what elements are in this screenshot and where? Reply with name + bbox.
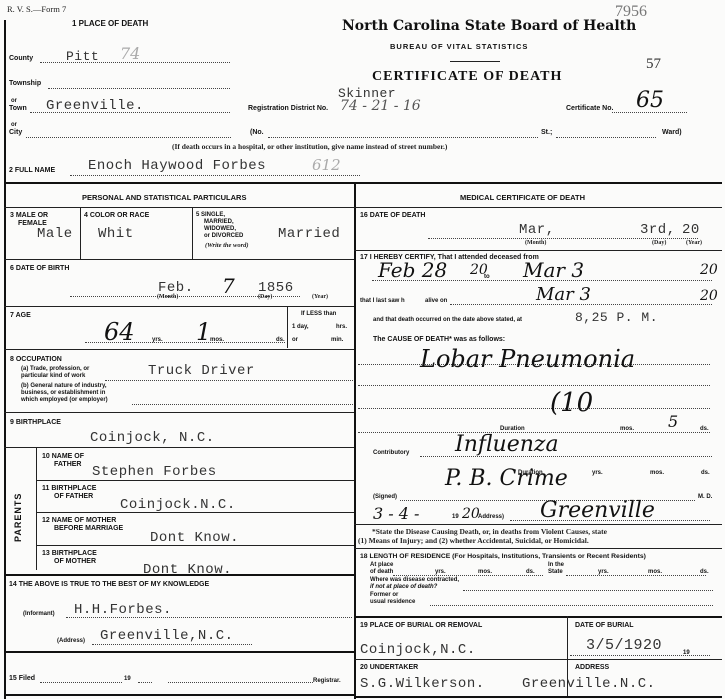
divider: [4, 651, 354, 653]
dod-month-caption: (Month): [525, 240, 546, 246]
divider: [80, 207, 81, 259]
informant-address-label: (Address): [57, 638, 85, 645]
full-name-value: Enoch Haywood Forbes: [88, 158, 266, 174]
registrar-line: [168, 682, 313, 683]
certificate-no-value: 65: [636, 88, 664, 113]
duration2-mos: mos.: [650, 470, 664, 477]
street-line: [556, 137, 656, 138]
father-name-value: Stephen Forbes: [92, 464, 217, 480]
city-or-label: or: [11, 122, 17, 129]
death-time-label: and that death occurred on the date abov…: [373, 317, 522, 324]
city-line: [26, 137, 231, 138]
divider: [354, 250, 722, 251]
undertaker-address-value: Greenville.N.C.: [522, 676, 656, 692]
where-contracted-line: [463, 590, 713, 591]
in-state-label-1: In the: [548, 562, 564, 569]
hrs-caption: hrs.: [336, 324, 347, 331]
filed-date-line: [40, 682, 122, 683]
signed-label: (Signed): [373, 494, 397, 501]
marital-value: Married: [278, 226, 340, 242]
city-label: City: [9, 129, 22, 137]
burial-date-label: DATE OF BURIAL: [575, 622, 634, 630]
death-certificate: R. V. S.—Form 7 1 PLACE OF DEATH North C…: [0, 0, 725, 699]
divider: [36, 480, 354, 481]
marital-label-3: WIDOWED,: [204, 226, 236, 233]
birthplace-value: Coinjock, N.C.: [90, 430, 215, 446]
divider: [36, 512, 354, 513]
father-bp-label-2: OF FATHER: [54, 493, 93, 501]
attended-to: Mar 3: [523, 258, 584, 282]
at-place-line: [393, 575, 543, 576]
md-label: M. D.: [698, 494, 712, 501]
mos-caption: mos.: [210, 337, 224, 344]
occ-a-label-2: particular kind of work: [21, 373, 85, 380]
yrs-caption: yrs.: [152, 337, 163, 344]
duration-days: 5: [668, 412, 678, 431]
mother-name-label-1: 12 NAME OF MOTHER: [42, 517, 116, 525]
undertaker-label: 20 UNDERTAKER: [360, 664, 418, 672]
cause-line-3: [358, 408, 710, 409]
divider: [4, 412, 354, 413]
dob-year-caption: (Year): [312, 294, 328, 300]
street-no-label: (No.: [250, 129, 264, 137]
doctor-address-value: Greenville: [540, 498, 655, 523]
race-value: Whit: [98, 226, 134, 242]
divider: [354, 207, 722, 208]
town-label: Town: [9, 105, 27, 113]
signed-value: P. B. Crime: [445, 466, 568, 491]
divider: [4, 349, 354, 350]
divider: [4, 306, 354, 307]
in-state-label-2: State: [548, 569, 563, 576]
name-divider: [4, 182, 722, 184]
mother-name-label-2: BEFORE MARRIAGE: [54, 525, 123, 533]
at-place-mos: mos.: [478, 569, 492, 576]
marital-hint: (Write the word): [205, 242, 249, 249]
burial-place-label: 19 PLACE OF BURIAL OR REMOVAL: [360, 622, 482, 630]
undertaker-value: S.G.Wilkerson.: [360, 676, 485, 692]
divider: [287, 306, 288, 348]
full-name-line: [70, 175, 360, 176]
reg-district-value: 74 - 21 - 16: [340, 98, 421, 114]
informant-address-line: [92, 644, 252, 645]
occ-a-value: Truck Driver: [148, 363, 255, 379]
town-value: Greenville.: [46, 98, 144, 114]
or-caption: or: [292, 337, 298, 344]
marital-label-4: or DIVORCED: [204, 233, 243, 240]
divider: [192, 207, 193, 259]
parents-divider: [36, 447, 37, 570]
marital-label-1: 5 SINGLE,: [196, 212, 225, 219]
cause-code: (10: [550, 388, 593, 418]
former-residence-line: [430, 605, 713, 606]
dob-month-caption: (Month): [157, 294, 178, 300]
in-state-yrs: yrs.: [598, 569, 609, 576]
title-divider: [450, 61, 500, 62]
last-saw-label: that I last saw h: [360, 298, 405, 305]
at-place-label-2: of death: [370, 569, 393, 576]
street-no-line: [268, 137, 538, 138]
dob-label: 6 DATE OF BIRTH: [10, 265, 69, 273]
last-saw-year: 20: [700, 288, 718, 304]
duration2-yrs: yrs.: [592, 470, 603, 477]
informant-address-value: Greenville,N.C.: [100, 628, 234, 644]
occ-a-label-1: (a) Trade, profession, or: [21, 366, 89, 373]
age-label: 7 AGE: [10, 312, 31, 320]
divider: [36, 545, 354, 546]
father-name-label-2: FATHER: [54, 461, 81, 469]
contributory-label: Contributory: [373, 450, 409, 457]
burial-place-value: Coinjock,N.C.: [360, 642, 476, 658]
signed-date: 3 - 4 -: [373, 504, 419, 523]
ds-caption: ds.: [276, 337, 285, 344]
birthplace-label: 9 BIRTHPLACE: [10, 419, 61, 427]
medical-section-title: MEDICAL CERTIFICATE OF DEATH: [460, 194, 585, 202]
burial-date-value: 3/5/1920: [586, 637, 662, 654]
occ-b-line: [132, 404, 353, 405]
cause-line-2: [358, 385, 710, 386]
state-board-title: North Carolina State Board of Health: [342, 18, 636, 34]
parents-side-label: PARENTS: [13, 493, 23, 542]
cause-primary: Lobar Pneumonia: [420, 345, 635, 373]
hospital-note: (If death occurs in a hospital, or other…: [172, 142, 447, 151]
last-saw-date: Mar 3: [536, 284, 591, 305]
divider: [354, 696, 722, 698]
filed-label: 15 Filed: [9, 675, 35, 683]
min-caption: min.: [331, 337, 343, 344]
father-bp-value: Coinjock.N.C.: [120, 497, 236, 513]
town-or-label: or: [11, 98, 17, 105]
place-of-death-label: 1 PLACE OF DEATH: [72, 20, 148, 28]
sex-value: Male: [37, 226, 73, 242]
registrar-label: Registrar.: [313, 678, 341, 685]
father-name-label-1: 10 NAME OF: [42, 453, 84, 461]
left-border: [4, 20, 6, 699]
footnote-line-1: *State the Disease Causing Death, or, in…: [372, 527, 607, 536]
column-divider: [354, 184, 356, 699]
dod-label: 16 DATE OF DEATH: [360, 212, 425, 220]
mother-bp-label-2: OF MOTHER: [54, 558, 96, 566]
former-residence-label-2: usual residence: [370, 599, 415, 606]
township-label: Township: [9, 80, 41, 88]
divider: [354, 616, 722, 618]
personal-section-title: PERSONAL AND STATISTICAL PARTICULARS: [82, 194, 246, 202]
signed-year-prefix: 19: [452, 514, 459, 521]
divider: [4, 447, 354, 448]
at-place-label-1: At place: [370, 562, 393, 569]
dob-day: 7: [222, 274, 235, 298]
divider: [354, 548, 722, 549]
one-day-label: 1 day,: [292, 324, 309, 331]
occ-b-label-2: business, or establishment in: [21, 390, 105, 397]
burial-date-suffix: 19: [683, 650, 690, 657]
certificate-title: CERTIFICATE OF DEATH: [372, 69, 562, 85]
sex-label-1: 3 MALE OR: [10, 212, 48, 220]
cause-label: The CAUSE OF DEATH* was as follows:: [373, 336, 505, 344]
dod-line: [428, 238, 698, 239]
former-residence-label-1: Former or: [370, 592, 398, 599]
where-contracted-label-1: Where was disease contracted,: [370, 577, 459, 584]
alive-on-label: alive on: [425, 298, 447, 305]
age-years: 64: [104, 318, 135, 346]
form-id: R. V. S.—Form 7: [7, 4, 66, 14]
at-place-yrs: yrs.: [435, 569, 446, 576]
informant-label: (Informant): [23, 611, 55, 618]
divider: [4, 574, 354, 576]
in-state-mos: mos.: [648, 569, 662, 576]
divider: [354, 659, 722, 660]
duration-mos: mos.: [620, 426, 634, 433]
age-months: 1: [196, 318, 211, 346]
occ-a-line: [105, 380, 353, 381]
in-state-ds: ds.: [700, 569, 709, 576]
divider: [4, 259, 354, 260]
street-label: St.;: [541, 129, 552, 137]
informant-section-label: 14 THE ABOVE IS TRUE TO THE BEST OF MY K…: [9, 581, 209, 589]
residence-label: 18 LENGTH OF RESIDENCE (For Hospitals, I…: [360, 553, 646, 561]
dod-month: Mar,: [519, 222, 555, 238]
in-state-line: [566, 575, 706, 576]
divider: [354, 524, 722, 525]
contributory-value: Influenza: [455, 432, 559, 457]
ward-label: Ward): [662, 129, 682, 137]
where-contracted-label-2: if not at place of death?: [370, 584, 437, 591]
bureau-label: BUREAU OF VITAL STATISTICS: [390, 42, 528, 51]
marital-label-2: MARRIED,: [204, 219, 234, 226]
filed-year-prefix: 19: [124, 676, 131, 683]
informant-value: H.H.Forbes.: [74, 602, 172, 618]
occ-b-label-1: (b) General nature of industry,: [21, 383, 107, 390]
dob-day-caption: (Day): [258, 294, 272, 300]
county-value: Pitt: [66, 49, 99, 64]
race-label: 4 COLOR OR RACE: [84, 212, 149, 220]
reg-district-label: Registration District No.: [248, 105, 328, 113]
county-pencil-note: 74: [120, 44, 140, 63]
undertaker-address-label: ADDRESS: [575, 664, 609, 672]
divider: [4, 207, 354, 208]
attended-from: Feb 28: [378, 258, 447, 282]
certificate-no-label: Certificate No.: [566, 105, 613, 113]
file-number: 57: [646, 56, 661, 73]
filed-year-line: [138, 682, 152, 683]
dod-day-caption: (Day): [652, 240, 666, 246]
footnote-line-2: (1) Means of Injury; and (2) whether Acc…: [358, 536, 589, 545]
county-label: County: [9, 55, 33, 63]
father-bp-label-1: 11 BIRTHPLACE: [42, 485, 96, 493]
occ-b-label-3: which employed (or employer): [21, 397, 108, 404]
death-time-value: 8,25 P. M.: [575, 310, 658, 325]
occupation-label: 8 OCCUPATION: [10, 356, 62, 364]
attended-to-year: 20: [700, 262, 718, 278]
less-than-label: If LESS than: [301, 311, 336, 318]
mother-bp-label-1: 13 BIRTHPLACE: [42, 550, 97, 558]
full-name-pencil: 612: [312, 156, 341, 174]
dod-day: 3rd,: [640, 222, 676, 238]
to-label: to: [484, 274, 490, 281]
mother-name-value: Dont Know.: [150, 530, 239, 546]
dod-year: 20: [682, 222, 700, 238]
dod-year-caption: (Year): [686, 240, 702, 246]
full-name-label: 2 FULL NAME: [9, 167, 55, 175]
at-place-ds: ds.: [526, 569, 535, 576]
duration2-ds: ds.: [701, 470, 710, 477]
township-line: [48, 88, 230, 89]
divider: [4, 694, 354, 696]
address-label: Address): [478, 514, 504, 521]
stamp-number: 7956: [615, 3, 647, 21]
duration-ds: ds.: [700, 426, 709, 433]
